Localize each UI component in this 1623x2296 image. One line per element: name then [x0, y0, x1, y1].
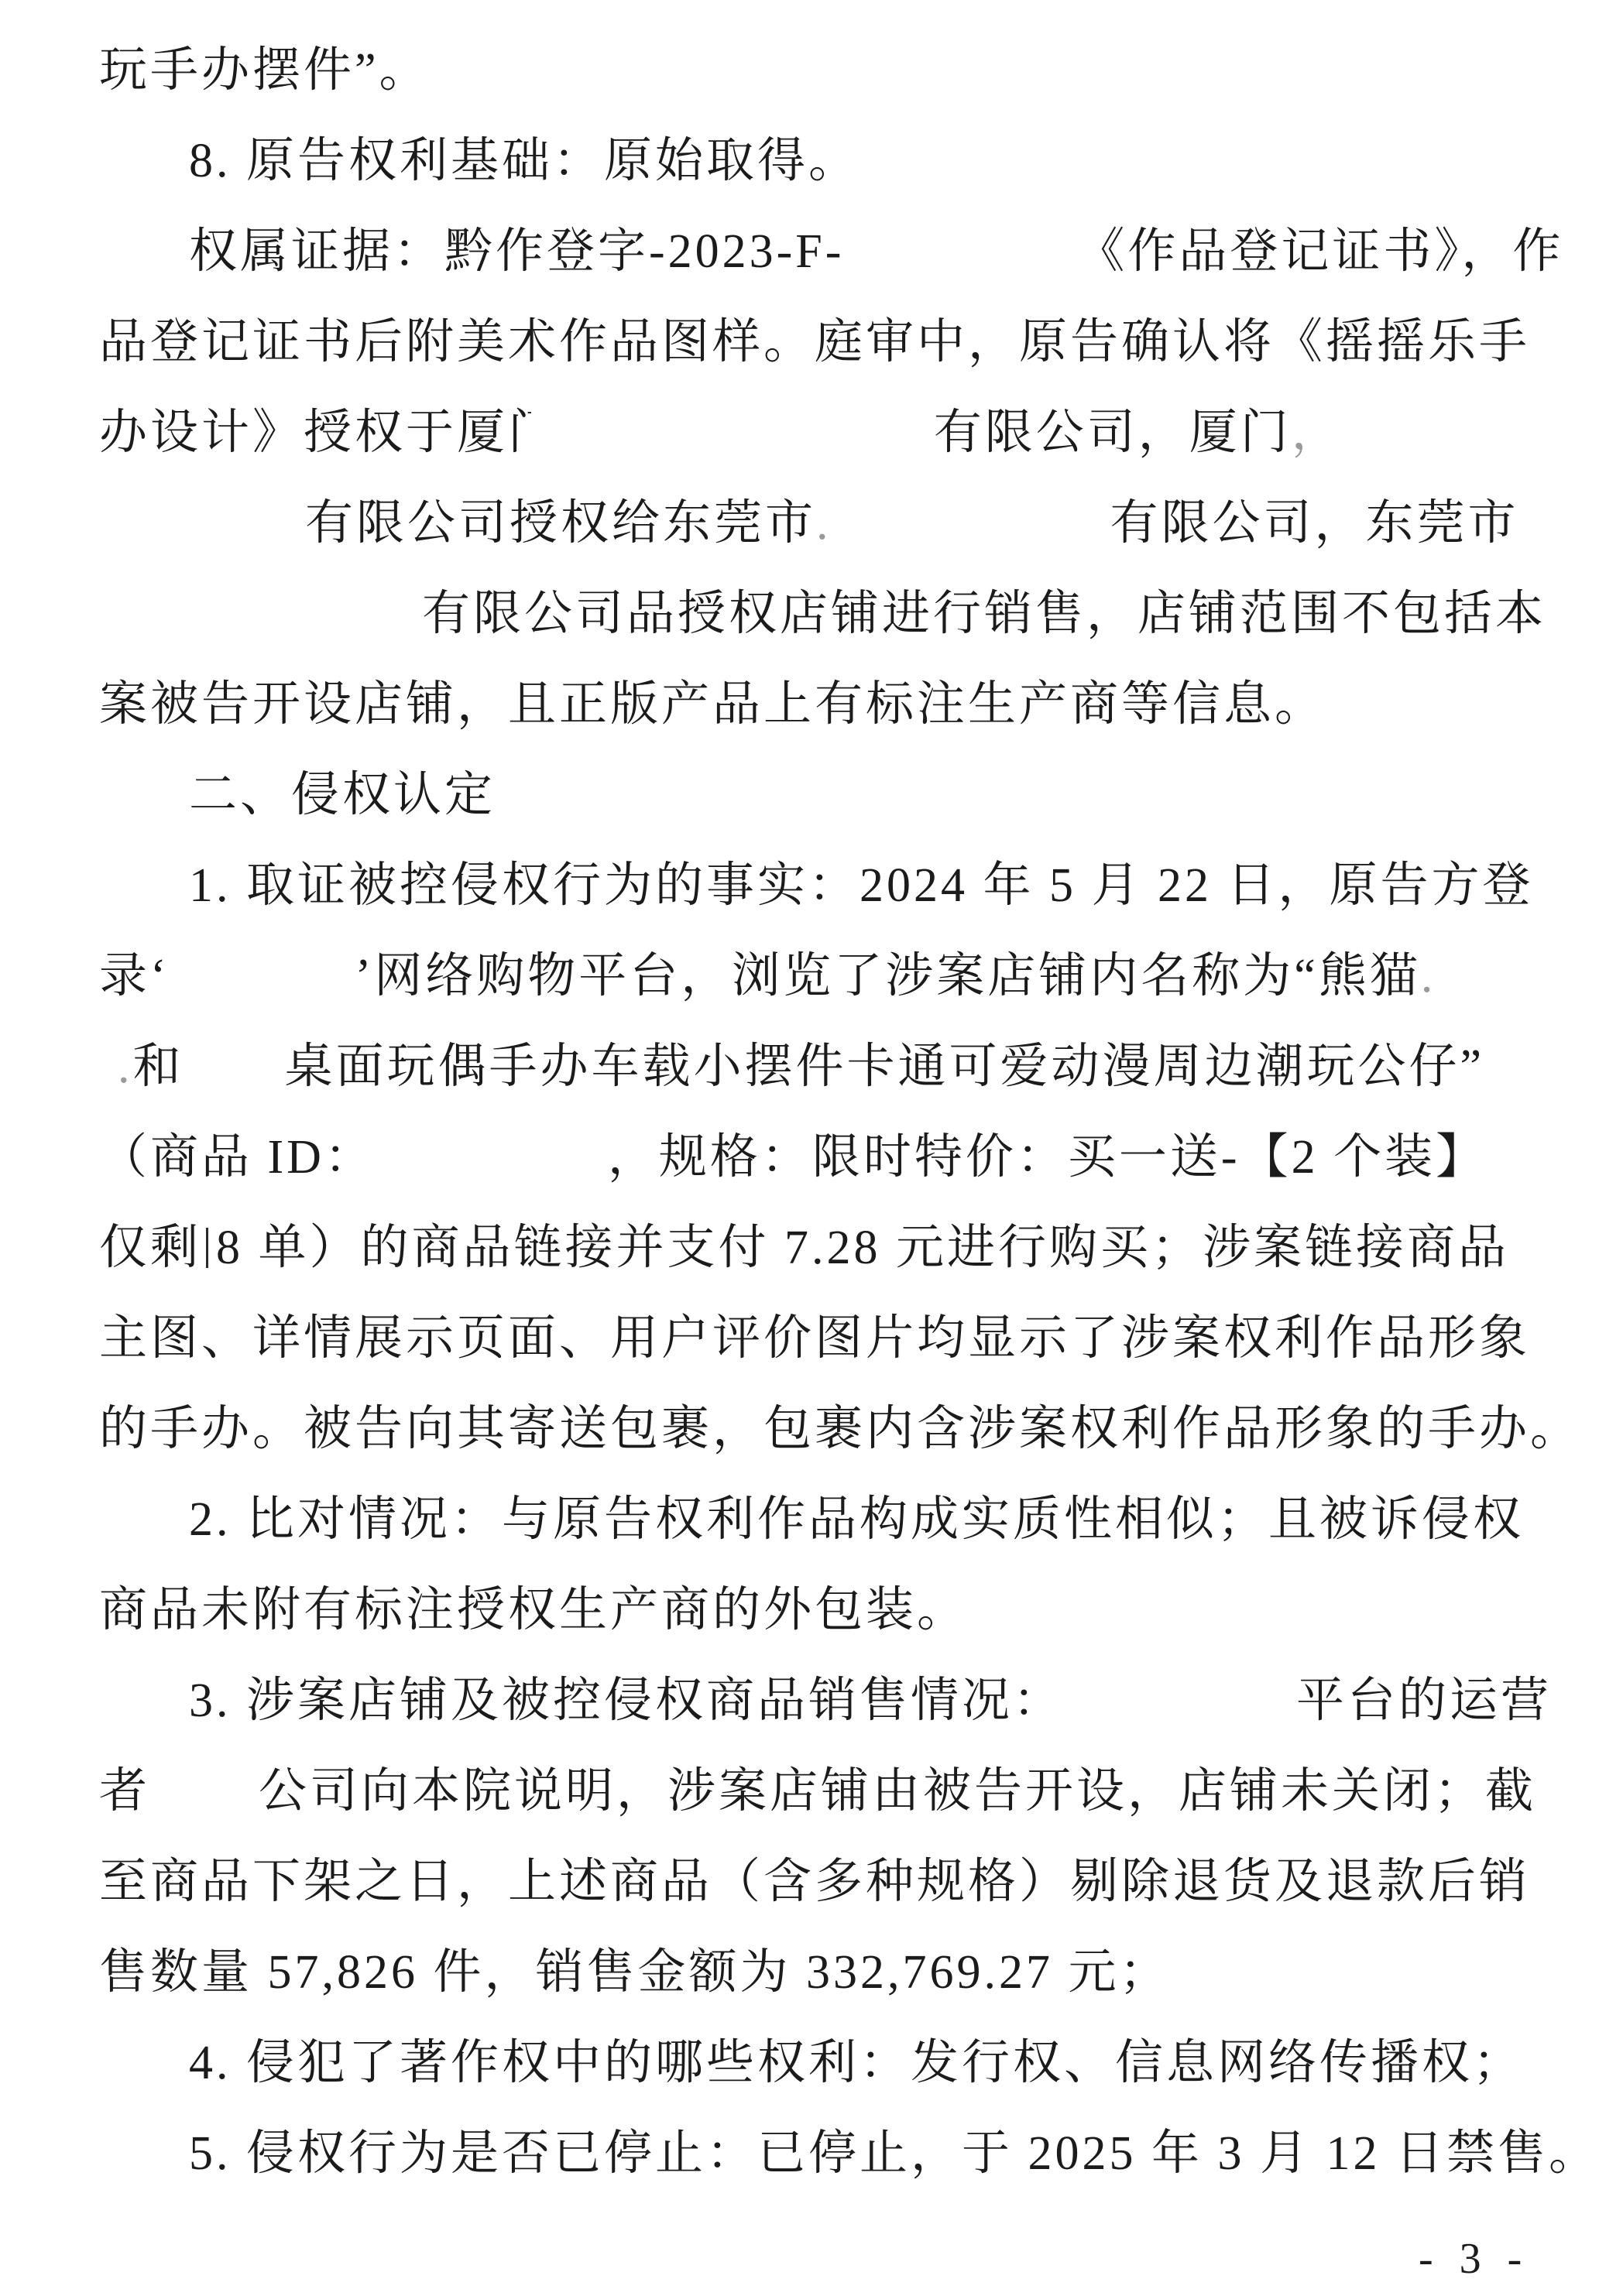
- redacted-gap: [1064, 1715, 1296, 1716]
- text-segment: 案被告开设店铺，且正版产品上有标注生产商等信息。: [99, 678, 1326, 731]
- text-segment: 有限公司，厦门: [934, 406, 1292, 459]
- text-line: 有限公司授权给东莞市.有限公司，东莞市: [305, 485, 1519, 562]
- text-line: 的手办。被告向其寄送包裹，包裹内含涉案权利作品形象的手办。: [99, 1390, 1581, 1468]
- text-line: 4. 侵犯了著作权中的哪些权利：发行权、信息网络传播权；: [189, 2024, 1524, 2102]
- text-segment: 的手办。被告向其寄送包裹，包裹内含涉案权利作品形象的手办。: [99, 1403, 1581, 1455]
- text-line: 品登记证书后附美术作品图样。庭审中，原告确认将《摇摇乐手: [99, 303, 1530, 381]
- redacted-gap: [844, 266, 1076, 267]
- text-segment: 公司向本院说明，涉案店铺由被告开设，店铺未关闭；截: [259, 1765, 1536, 1818]
- text-segment: 有限公司品授权店铺进行销售，店铺范围不包括本: [422, 588, 1546, 640]
- text-segment: （商品 ID：: [99, 1131, 376, 1184]
- text-line: 1. 取证被控侵权行为的事实：2024 年 5 月 22 日，原告方登: [189, 847, 1534, 924]
- text-segment: ，: [1292, 406, 1343, 459]
- redacted-gap: [150, 1806, 259, 1807]
- redacted-gap: [376, 1172, 608, 1173]
- text-line: .和桌面玩偶手办车载小摆件卡通可爱动漫周边潮玩公仔”: [118, 1028, 1484, 1105]
- text-line: 二、侵权认定: [189, 756, 496, 834]
- text-line: 有限公司品授权店铺进行销售，店铺范围不包括本: [422, 575, 1546, 653]
- text-segment: 3. 涉案店铺及被控侵权商品销售情况：: [189, 1674, 1064, 1727]
- text-segment: 品登记证书后附美术作品图样。庭审中，原告确认将《摇摇乐手: [99, 316, 1530, 368]
- redacted-gap: [832, 538, 1110, 539]
- text-segment: 4. 侵犯了著作权中的哪些权利：发行权、信息网络传播权；: [189, 2037, 1524, 2089]
- text-segment: 门: [508, 394, 531, 471]
- text-line: （商品 ID：，规格：限时特价：买一送-【2 个装】: [99, 1119, 1487, 1196]
- text-segment: 录‘: [99, 950, 170, 1002]
- text-line: 至商品下架之日，上述商品（含多种规格）剔除退货及退款后销: [99, 1843, 1530, 1921]
- text-segment: 《作品登记证书》，作: [1076, 225, 1563, 278]
- text-segment: 2. 比对情况：与原告权利作品构成实质性相似；且被诉侵权: [189, 1493, 1524, 1546]
- text-segment: 商品未附有标注授权生产商的外包装。: [99, 1584, 968, 1636]
- text-segment: 和: [133, 1040, 184, 1093]
- document-body: 玩手办摆件”。8. 原告权利基础：原始取得。权属证据：黔作登字-2023-F-《…: [0, 0, 1623, 2296]
- text-line: 3. 涉案店铺及被控侵权商品销售情况：平台的运营: [189, 1662, 1552, 1739]
- text-segment: 者: [99, 1765, 150, 1818]
- text-line: 玩手办摆件”。: [99, 32, 431, 109]
- text-segment: .: [816, 497, 832, 550]
- text-segment: 有限公司，东莞市: [1110, 497, 1519, 550]
- redacted-gap: [531, 447, 934, 448]
- text-segment: 8 单）的商品链接并支付 7.28 元进行购买；涉案链接商品: [216, 1222, 1509, 1274]
- text-segment: ，规格：限时特价：买一送-【2 个装】: [608, 1131, 1487, 1184]
- text-segment: 玩手办摆件”。: [99, 44, 431, 97]
- text-line: 者公司向本院说明，涉案店铺由被告开设，店铺未关闭；截: [99, 1753, 1536, 1830]
- text-segment: 8. 原告权利基础：原始取得。: [189, 135, 860, 187]
- document-page: 玩手办摆件”。8. 原告权利基础：原始取得。权属证据：黔作登字-2023-F-《…: [0, 0, 1623, 2296]
- text-line: 8. 原告权利基础：原始取得。: [189, 122, 860, 200]
- text-line: 仅剩8 单）的商品链接并支付 7.28 元进行购买；涉案链接商品: [99, 1209, 1509, 1287]
- text-segment: 售数量 57,826 件，销售金额为 332,769.27 元；: [99, 1946, 1171, 1999]
- text-segment: ’网络购物平台，浏览了涉案店铺内名称为“熊猫: [355, 950, 1421, 1002]
- text-segment: 至商品下架之日，上述商品（含多种规格）剔除退货及退款后销: [99, 1856, 1530, 1908]
- text-line: 录‘’网络购物平台，浏览了涉案店铺内名称为“熊猫.: [99, 937, 1436, 1015]
- text-line: 5. 侵权行为是否已停止：已停止，于 2025 年 3 月 12 日禁售。: [189, 2115, 1600, 2192]
- text-segment: 二、侵权认定: [189, 769, 496, 821]
- page-number: - 3 -: [1419, 2228, 1529, 2290]
- text-segment: .: [118, 1040, 133, 1093]
- text-segment: 有限公司授权给东莞市: [305, 497, 816, 550]
- text-line: 2. 比对情况：与原告权利作品构成实质性相似；且被诉侵权: [189, 1481, 1524, 1558]
- text-segment: 1. 取证被控侵权行为的事实：2024 年 5 月 22 日，原告方登: [189, 859, 1534, 912]
- text-segment: 权属证据：黔作登字-2023-F-: [189, 225, 844, 278]
- redacted-gap: [170, 991, 355, 992]
- text-line: 售数量 57,826 件，销售金额为 332,769.27 元；: [99, 1934, 1171, 2011]
- text-segment: 平台的运营: [1296, 1674, 1552, 1727]
- text-segment: 仅剩: [99, 1222, 201, 1274]
- text-line: 主图、详情展示页面、用户评价图片均显示了涉案权利作品形象: [99, 1300, 1530, 1377]
- text-line: 案被告开设店铺，且正版产品上有标注生产商等信息。: [99, 666, 1326, 743]
- text-segment: 桌面玩偶手办车载小摆件卡通可爱动漫周边潮玩公仔”: [285, 1040, 1485, 1093]
- text-line: 办设计》授权于厦门有限公司，厦门，: [99, 394, 1343, 471]
- text-segment: 主图、详情展示页面、用户评价图片均显示了涉案权利作品形象: [99, 1312, 1530, 1365]
- text-line: 权属证据：黔作登字-2023-F-《作品登记证书》，作: [189, 213, 1563, 290]
- text-segment: 5. 侵权行为是否已停止：已停止，于 2025 年 3 月 12 日禁售。: [189, 2127, 1600, 2180]
- text-segment: 办设计》授权于厦: [99, 406, 508, 459]
- redacted-gap: [184, 1081, 285, 1082]
- text-segment: .: [1421, 950, 1436, 1002]
- redaction-bar: [206, 1228, 208, 1268]
- text-line: 商品未附有标注授权生产商的外包装。: [99, 1571, 968, 1649]
